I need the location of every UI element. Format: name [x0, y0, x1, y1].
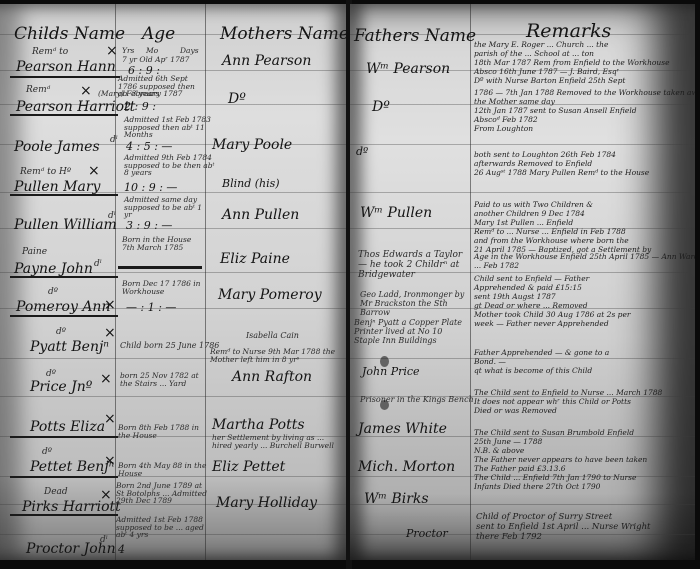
age-value: 4 — [118, 544, 125, 555]
status-note: Remᵈ to — [32, 48, 68, 57]
age-note: born 25 Nov 1782 at the Stairs ... Yard — [120, 372, 206, 387]
remarks-text: The Child sent to Enfield to Nurse ... M… — [474, 388, 662, 415]
age-note: Born 8th Feb 1788 in the House — [118, 424, 204, 439]
child-name: Pettet Benjⁿ — [30, 460, 114, 474]
age-note: Born 2nd June 1789 at St Botolphs ... Ad… — [116, 482, 208, 505]
child-name: Pullen Mary — [14, 180, 100, 194]
age-note: 7 yr Old Apʳ 1787 — [122, 56, 189, 64]
status-note: dº — [46, 370, 56, 379]
age-note: Born in the House 7th March 1785 — [122, 236, 202, 251]
father-name: Prisoner in the Kings Bench — [360, 396, 474, 404]
header-age: Age — [142, 26, 175, 43]
header-mothers-name: Mothers Name — [220, 26, 348, 43]
father-name: Wᵐ Birks — [364, 492, 429, 506]
entry-mark: dˡ — [94, 260, 102, 269]
age-subheader-mo: Mo — [146, 47, 158, 55]
entry-mark: × — [100, 372, 112, 386]
mother-name: Mary Holliday — [216, 496, 317, 510]
father-name: Wᵐ Pullen — [360, 206, 432, 220]
age-note: Child born 25 June 1786 — [120, 342, 219, 350]
age-value: 10 : 9 : — — [124, 182, 177, 193]
child-name: Pirks Harriott — [22, 500, 121, 514]
child-name: Pearson Harriott — [16, 100, 135, 114]
age-value: — : 1 : — — [126, 302, 176, 313]
father-name: Geo Ladd, Ironmonger by Mr Brackston the… — [360, 290, 470, 317]
status-note: dº — [42, 448, 52, 457]
entry-mark: dˡ — [108, 212, 116, 221]
entry-mark: × — [80, 84, 92, 98]
header-remarks: Remarks — [526, 22, 611, 41]
entry-mark: × — [104, 298, 116, 312]
age-value: 2 : 9 : — [124, 101, 156, 112]
mother-note: her Settlement by living as ... hired ye… — [212, 434, 342, 449]
child-name: Pullen William — [14, 218, 117, 232]
mother-name: Eliz Paine — [220, 252, 290, 266]
child-name: Payne John — [14, 262, 93, 276]
entry-mark: × — [104, 326, 116, 340]
remarks-text: Child of Proctor of Surry Street sent to… — [476, 512, 650, 542]
mother-name: Dº — [228, 92, 246, 106]
status-note: Remᵈ to Hº — [20, 168, 71, 177]
mother-name: Ann Rafton — [232, 370, 312, 384]
father-name: Wᵐ Pearson — [366, 62, 450, 76]
admission-note: Admitted 1st Feb 1783 supposed then abᵗ … — [124, 116, 214, 139]
header-fathers-name: Fathers Name — [354, 28, 476, 45]
status-note: Paine — [22, 248, 47, 257]
entry-mark: dˡ — [100, 536, 108, 545]
remarks-text: Child sent to Enfield — Father Apprehend… — [474, 274, 589, 310]
father-name: dº — [356, 146, 368, 157]
mother-name: Eliz Pettet — [212, 460, 285, 474]
father-name: Mich. Morton — [358, 460, 455, 474]
child-name: Potts Eliza — [30, 420, 105, 434]
admission-note: Admitted 9th Feb 1784 supposed to be the… — [124, 154, 216, 177]
remarks-text: 1786 — 7th Jan 1788 Removed to the Workh… — [474, 88, 695, 133]
mother-name: Mary Poole — [212, 138, 292, 152]
remarks-text: Age in the Workhouse Enfield 25th April … — [474, 252, 695, 270]
age-note: Born 4th May 88 in the House — [118, 462, 210, 477]
child-name: Poole James — [14, 140, 100, 154]
status-note: Remᵈ — [26, 86, 50, 95]
father-name: Proctor — [406, 528, 448, 539]
age-value: 4 : 5 : — — [126, 141, 172, 152]
remarks-text: both sent to Loughton 26th Feb 1784 afte… — [474, 150, 649, 177]
entry-mark: × — [88, 164, 100, 178]
mother-name: Blind (his) — [222, 178, 280, 189]
child-name: Pearson Hann — [16, 60, 116, 74]
mother-note: Remᵈ to Nurse 9th Mar 1788 the Mother le… — [210, 348, 338, 363]
right-page: Fathers Name Remarks Wᵐ Pearson Dº dº Wᵐ… — [350, 4, 695, 560]
mother-name: Ann Pearson — [222, 54, 311, 68]
remarks-text: the Mary E. Roger ... Church ... the par… — [474, 40, 670, 85]
mother-name: Isabella Cain — [246, 332, 299, 340]
remarks-text: Father Apprehended — & gone to a Bond. —… — [474, 348, 609, 375]
ledger-scan: Childs Name Age Mothers Name Yrs Mo Days… — [0, 0, 700, 569]
left-page: Childs Name Age Mothers Name Yrs Mo Days… — [0, 4, 348, 560]
father-name-secondary: James White — [358, 422, 447, 436]
remarks-text: Mother took Child 30 Aug 1786 at 2s per … — [474, 310, 631, 328]
mother-name: Martha Potts — [212, 418, 305, 432]
child-name: Pomeroy Ann — [16, 300, 110, 314]
header-childs-name: Childs Name — [14, 26, 125, 43]
child-name: Price Jnº — [30, 380, 92, 394]
remarks-text: Paid to us with Two Children & another C… — [474, 200, 651, 254]
age-subheader-yrs: Yrs — [122, 47, 134, 55]
age-note: Born Dec 17 1786 in Workhouse — [122, 280, 206, 295]
mother-name: Ann Pullen — [222, 208, 299, 222]
age-subheader-days: Days — [180, 47, 199, 55]
entry-mark: dˡ — [110, 136, 118, 145]
father-name: Benjⁿ Pyatt a Copper Plate Printer lived… — [354, 318, 470, 345]
status-note: dº — [48, 288, 58, 297]
father-name: Dº — [372, 100, 390, 114]
status-note: Dead — [44, 488, 68, 497]
child-name: Pyatt Benjⁿ — [30, 340, 109, 354]
entry-mark: × — [106, 44, 118, 58]
age-note: Admitted 1st Feb 1788 supposed to be ...… — [116, 516, 216, 539]
age-note: (Mary) February 1787 — [98, 90, 182, 98]
admission-note: Admitted same day supposed to be abᵗ 1 y… — [124, 196, 212, 219]
entry-mark: × — [104, 412, 116, 426]
mother-name: Mary Pomeroy — [218, 288, 322, 302]
status-note: dº — [56, 328, 66, 337]
father-name: John Price — [362, 366, 420, 377]
age-value: 3 : 9 : — — [126, 220, 172, 231]
father-name: Thos Edwards a Taylor — he took 2 Childr… — [358, 250, 470, 280]
remarks-text: The Child sent to Susan Brumbold Enfield… — [474, 428, 647, 491]
